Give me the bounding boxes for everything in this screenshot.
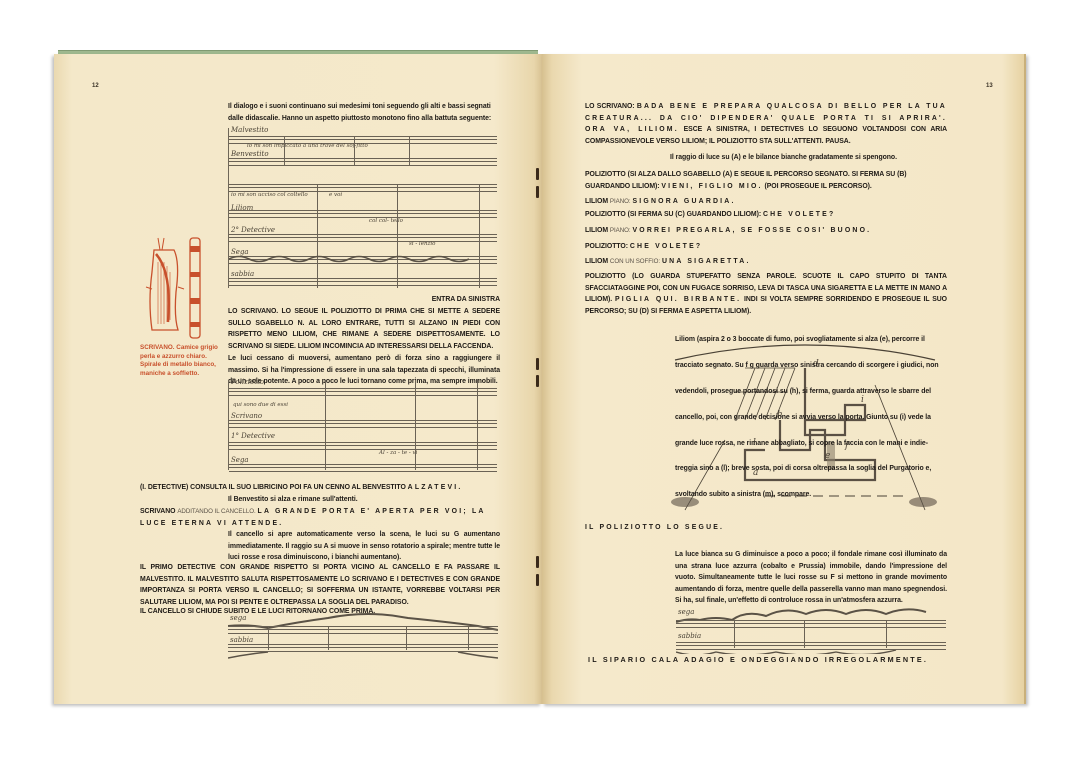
score-part-label: sabbia (678, 632, 701, 640)
dialogue-line: LILIOM PIANO: SIGNORA GUARDIA. (585, 196, 947, 208)
intro-paragraph: Il dialogo e i suoni continuano sui mede… (228, 101, 500, 124)
stage-direction: CON UN SOFFIO: (610, 258, 660, 265)
score-part-label: Poliziotto (231, 378, 264, 386)
music-score-3: sega sabbia (228, 612, 498, 660)
spoken-line: VIENI, FIGLIO MIO. (661, 183, 762, 190)
illustration-caption: SCRIVANO. Camice grigio perla e azzurro … (140, 344, 218, 378)
paragraph-line: Liliom (aspira 2 o 3 boccate di fumo, po… (675, 334, 947, 346)
score-lyric: si - lenzio (409, 241, 435, 247)
paragraph-benvestito: Il Benvestito si alza e rimane sull'atte… (228, 494, 500, 506)
paragraph-line: svoltando subito a sinistra (m), scompar… (675, 489, 947, 501)
score-part-label: sega (230, 614, 246, 622)
paragraph-poliziotto-follows: IL POLIZIOTTO LO SEGUE. (585, 522, 947, 534)
dialogue-line: POLIZIOTTO (SI FERMA SU (C) GUARDANDO LI… (585, 209, 947, 221)
score-lyric: io mi son impiccato a una trave del sof-… (247, 143, 368, 149)
stage-direction: (I. DETECTIVE) CONSULTA IL SUO LIBRICINO… (140, 484, 406, 491)
paragraph-line: tracciato segnato. Su f g guarda verso s… (675, 360, 947, 372)
stage-direction-enter: ENTRA DA SINISTRA (228, 294, 500, 306)
spoken-line: PIGLIA QUI. BIRBANTE. (615, 296, 741, 303)
speaker-name: POLIZIOTTO: (585, 243, 628, 250)
scrivano-costume-illustration (138, 232, 208, 342)
paragraph-line: cancello, poi, con grande decisione si a… (675, 412, 947, 424)
score-part-label: Sega (231, 456, 249, 464)
score-lyric: qui sono due di essi (233, 402, 288, 408)
binding-stitch (536, 168, 539, 180)
speaker-name: LILIOM (585, 227, 608, 234)
speaker-name: LILIOM (585, 258, 608, 265)
score-part-label: sabbia (231, 270, 254, 278)
svg-text:e: e (825, 451, 830, 461)
speaker-name: LO SCRIVANO: (585, 103, 635, 110)
speaker-name: POLIZIOTTO (SI FERMA SU (C) GUARDANDO LI… (585, 211, 761, 218)
dialogue-line: LILIOM PIANO: VORREI PREGARLA, SE FOSSE … (585, 225, 947, 237)
wave-line (229, 252, 497, 266)
score-lyric: e voi (329, 192, 342, 198)
paragraph-scrivano-warning: LO SCRIVANO: BADA BENE E PREPARA QUALCOS… (585, 101, 947, 147)
paragraph-scrivano-enters: LO SCRIVANO. LO SEGUE IL POLIZIOTTO DI P… (228, 306, 500, 352)
paragraph-line: grande luce rossa, ne rimane abbagliato,… (675, 438, 947, 450)
stage-direction: PIANO: (610, 198, 631, 205)
music-score-4: sega sabbia (676, 608, 946, 654)
paragraph-line: vedendoli, prosegue portandosi su (h), s… (675, 386, 947, 398)
paragraph-final-lights: La luce bianca su G diminuisce a poco a … (675, 549, 947, 607)
binding-stitch (536, 556, 539, 568)
binding-stitch (536, 186, 539, 198)
spoken-line: SIGNORA GUARDIA. (632, 198, 735, 205)
binding-stitch (536, 358, 539, 370)
spoken-line: VORREI PREGARLA, SE FOSSE COSI' BUONO. (632, 227, 871, 234)
score-part-label: 1° Detective (231, 432, 275, 440)
score-part-label: 2° Detective (231, 226, 275, 234)
binding-stitch (536, 574, 539, 586)
binding-stitch (536, 375, 539, 387)
score-part-label: Malvestito (231, 126, 268, 134)
stage-direction: ADDITANDO IL CANCELLO. (177, 508, 255, 515)
paragraph-line: treggia sino a (l); breve sosta, poi di … (675, 463, 947, 475)
music-score-2: Poliziotto qui sono due di essi Scrivano… (228, 380, 497, 470)
page-number-left: 12 (92, 83, 99, 89)
paragraph-gate-opens: Il cancello si apre automaticamente vers… (228, 529, 500, 564)
spoken-line: UNA SIGARETTA. (662, 258, 751, 265)
paragraph-cigarette: POLIZIOTTO (LO GUARDA STUPEFATTO SENZA P… (585, 271, 947, 317)
spoken-line: ALZATEVI. (408, 484, 463, 491)
speaker-name: LILIOM (585, 198, 608, 205)
spoken-line: CHE VOLETE? (763, 211, 835, 218)
page-number-right: 13 (986, 83, 993, 89)
paragraph-scrivano-line: SCRIVANO ADDITANDO IL CANCELLO. LA GRAND… (140, 506, 500, 529)
paragraph-light-off: Il raggio di luce su (A) e le bilance bi… (670, 152, 950, 164)
final-stage-direction: IL SIPARIO CALA ADAGIO E ONDEGGIANDO IRR… (588, 654, 958, 666)
spoken-line: CHE VOLETE? (630, 243, 702, 250)
paragraph-poliziotto-rises: POLIZIOTTO (SI ALZA DALLO SGABELLO (A) E… (585, 169, 947, 192)
dialogue-line: LILIOM CON UN SOFFIO: UNA SIGARETTA. (585, 256, 947, 268)
score-part-label: sabbia (230, 636, 253, 644)
stage-direction: PIANO: (610, 227, 631, 234)
paragraph-malvestito: IL PRIMO DETECTIVE CON GRANDE RISPETTO S… (140, 562, 500, 608)
score-lyric: Al - za - te - vi (379, 450, 417, 456)
score-part-label: sega (678, 608, 694, 616)
speaker-name: SCRIVANO (140, 508, 175, 515)
dialogue-line: POLIZIOTTO: CHE VOLETE? (585, 241, 947, 253)
stage-direction: (POI PROSEGUE IL PERCORSO). (765, 183, 872, 190)
score-part-label: Scrivano (231, 412, 262, 420)
paragraph-detective: (I. DETECTIVE) CONSULTA IL SUO LIBRICINO… (140, 482, 500, 494)
score-lyric: io mi son ucciso col coltello (231, 192, 308, 198)
score-part-label: Benvestito (231, 150, 269, 158)
music-score-1: Malvestito io mi son impiccato a una tra… (228, 128, 497, 288)
